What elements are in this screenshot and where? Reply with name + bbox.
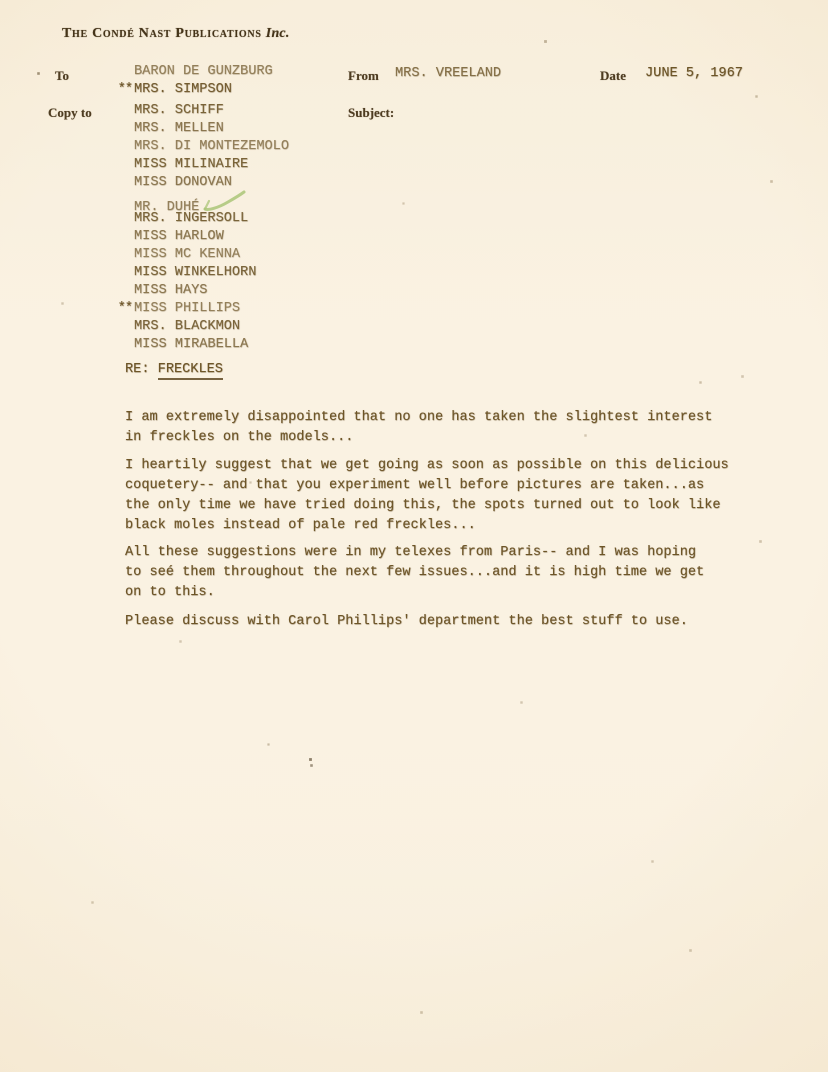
re-label: RE: — [125, 362, 149, 377]
date-label: Date — [600, 68, 626, 84]
body-paragraph-4: Please discuss with Carol Phillips' depa… — [125, 612, 785, 632]
copy-recipient-row: MISS MC KENNA — [109, 246, 289, 264]
to-recipient-row: **MRS. SIMPSON — [109, 81, 273, 99]
recipient-name: MRS. DI MONTEZEMOLO — [134, 139, 289, 154]
recipient-name: MISS PHILLIPS — [134, 301, 240, 316]
copy-recipient-row: MRS. INGERSOLL — [109, 210, 289, 228]
subject-label: Subject: — [348, 105, 394, 121]
recipient-name: BARON DE GUNZBURG — [134, 64, 273, 79]
copy-to-recipient-list: MRS. SCHIFF MRS. MELLEN MRS. DI MONTEZEM… — [109, 102, 289, 354]
recipient-name: MISS HARLOW — [134, 229, 224, 244]
body-paragraph-3: All these suggestions were in my telexes… — [125, 543, 785, 603]
to-label: To — [55, 68, 69, 84]
company-suffix: Inc. — [266, 26, 290, 41]
re-subject-line: RE: FRECKLES — [125, 362, 223, 377]
priority-marker: ** — [109, 81, 134, 99]
body-paragraph-2: I heartily suggest that we get going as … — [125, 456, 785, 536]
recipient-name: MRS. INGERSOLL — [134, 211, 248, 226]
recipient-name: MRS. MELLEN — [134, 121, 224, 136]
recipient-name: MISS WINKELHORN — [134, 265, 256, 280]
date-value: JUNE 5, 1967 — [645, 66, 743, 81]
letterhead: The Condé Nast Publications Inc. — [62, 26, 290, 42]
paper-specks — [0, 0, 1, 1]
memo-document: The Condé Nast Publications Inc. To BARO… — [0, 0, 828, 1072]
recipient-name: MISS MC KENNA — [134, 247, 240, 262]
copy-recipient-row: MRS. BLACKMON — [109, 318, 289, 336]
from-label: From — [348, 68, 379, 84]
copy-recipient-row: MISS MIRABELLA — [109, 336, 289, 354]
copy-recipient-row: MR. DUHÉ — [109, 192, 289, 210]
re-value: FRECKLES — [158, 362, 223, 380]
company-name: The Condé Nast Publications — [62, 26, 262, 41]
copy-recipient-row: MRS. SCHIFF — [109, 102, 289, 120]
copy-recipient-row: MISS DONOVAN — [109, 174, 289, 192]
recipient-name: MISS MILINAIRE — [134, 157, 248, 172]
from-value: MRS. VREELAND — [395, 66, 501, 81]
copy-recipient-row: MRS. DI MONTEZEMOLO — [109, 138, 289, 156]
to-recipient-list: BARON DE GUNZBURG **MRS. SIMPSON — [109, 63, 273, 99]
copy-recipient-row: MRS. MELLEN — [109, 120, 289, 138]
copy-recipient-row: MISS HAYS — [109, 282, 289, 300]
recipient-name: MISS DONOVAN — [134, 175, 232, 190]
recipient-name: MISS MIRABELLA — [134, 337, 248, 352]
body-paragraph-1: I am extremely disappointed that no one … — [125, 408, 785, 448]
copy-recipient-row: MISS WINKELHORN — [109, 264, 289, 282]
recipient-name: MRS. BLACKMON — [134, 319, 240, 334]
recipient-name: MRS. SIMPSON — [134, 82, 232, 97]
recipient-name: MRS. SCHIFF — [134, 103, 224, 118]
copy-to-label: Copy to — [48, 105, 92, 121]
to-recipient-row: BARON DE GUNZBURG — [109, 63, 273, 81]
recipient-name: MISS HAYS — [134, 283, 207, 298]
copy-recipient-row: MISS MILINAIRE — [109, 156, 289, 174]
copy-recipient-row: **MISS PHILLIPS — [109, 300, 289, 318]
copy-recipient-row: MISS HARLOW — [109, 228, 289, 246]
priority-marker: ** — [109, 300, 134, 318]
